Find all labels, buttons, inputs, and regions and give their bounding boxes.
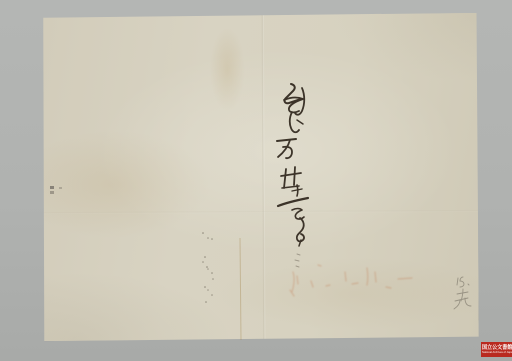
horizontal-fold-crease [43,210,478,214]
archives-watermark: 国立公文書館 National Archives of Japan [481,342,512,357]
document-paper [42,13,479,341]
scan-background: 勅令第百五十一号 15 先 国立公文書館 National Archives o… [0,0,512,361]
vertical-fold-crease [261,14,266,340]
watermark-subtitle: National Archives of Japan [482,351,512,354]
